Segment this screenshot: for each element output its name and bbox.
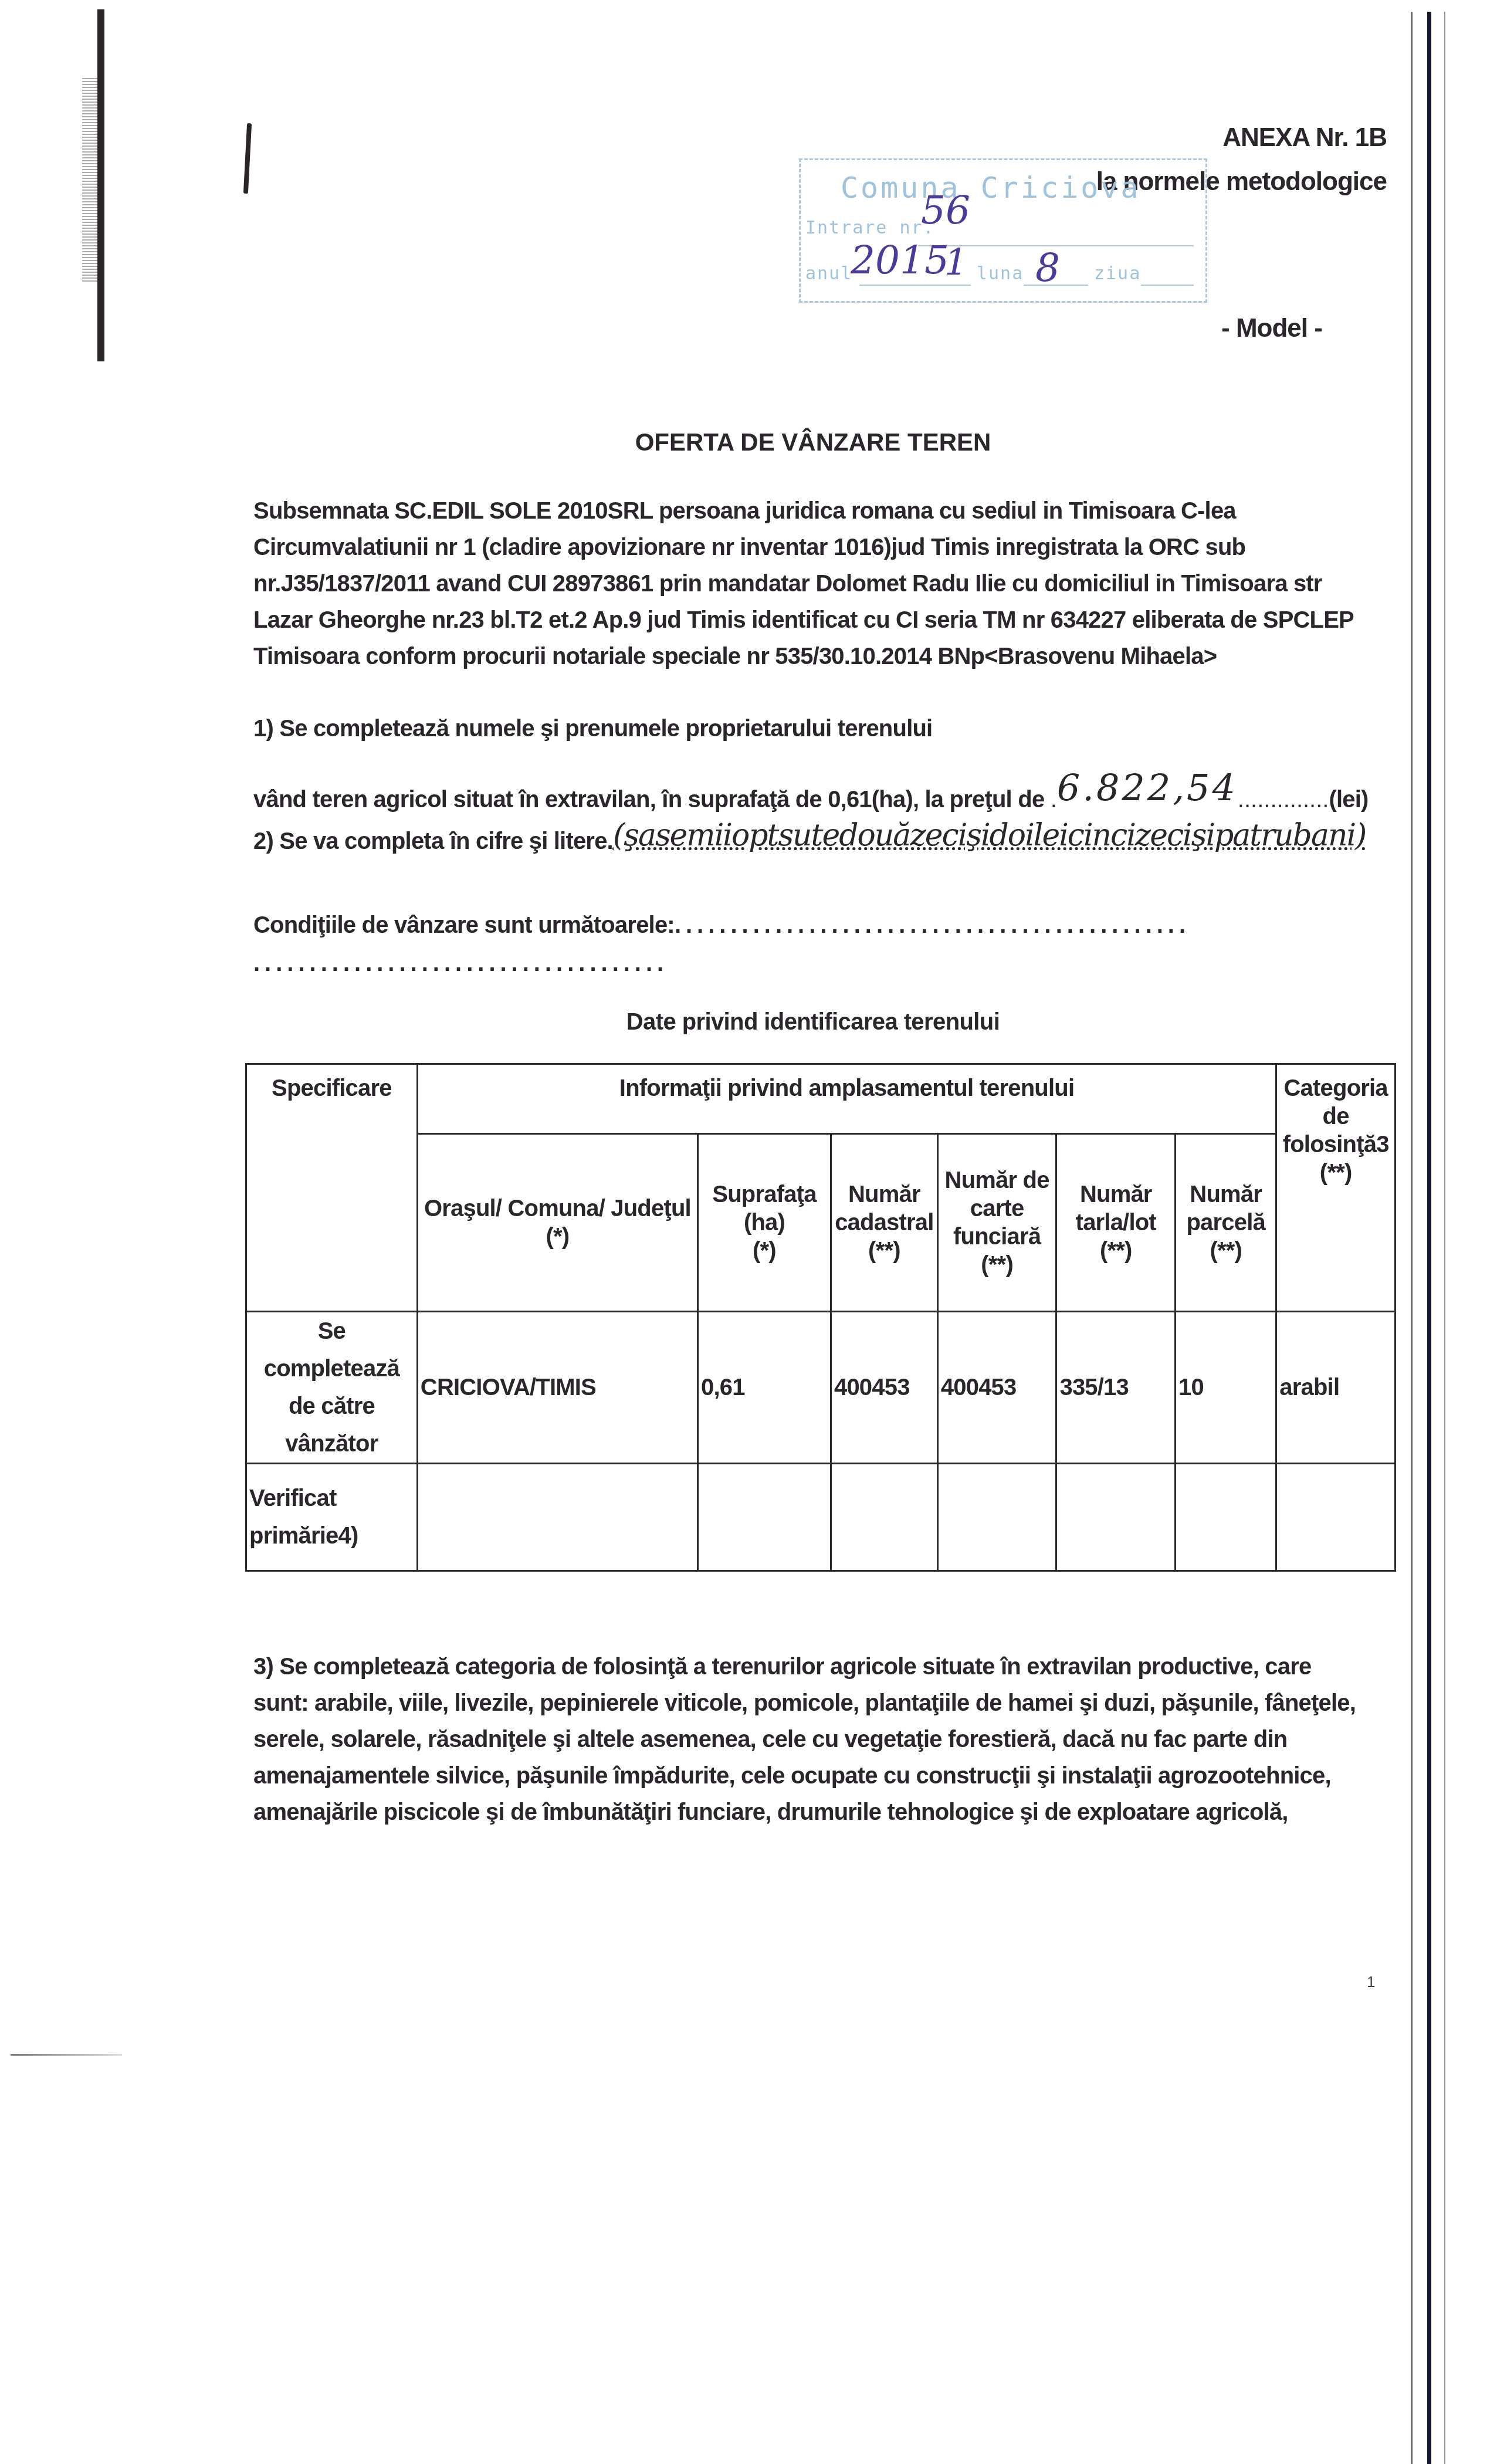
annex-number: ANEXA Nr. 1B: [1222, 123, 1387, 153]
header-label: Categoria de folosinţă3: [1279, 1074, 1392, 1159]
price-dots: ..............: [1238, 787, 1329, 813]
header-note: (**): [1279, 1159, 1392, 1187]
note-2-label: 2) Se va completa în cifre şi litere.: [253, 828, 613, 854]
cell-parcela[interactable]: 10: [1176, 1312, 1276, 1464]
declaration-line: Circumvalatiunii nr 1 (cladire apovizion…: [253, 529, 1403, 566]
header-note: (**): [1059, 1237, 1172, 1265]
cell-carte-funciara[interactable]: 400453: [937, 1312, 1056, 1464]
conditions-field-continued[interactable]: .....................................: [253, 950, 668, 977]
price-field[interactable]: 6.822,54: [1057, 766, 1238, 809]
footnote-line: amenajamentele silvice, păşunile împădur…: [253, 1758, 1403, 1794]
stamp-institution: Comuna Criciova: [841, 171, 1141, 205]
scan-edge-line: [11, 2054, 122, 2056]
conditions-field[interactable]: ........................................…: [675, 912, 1190, 938]
header-label: Număr parcelă: [1178, 1180, 1273, 1237]
footnote-line: serele, solarele, răsadniţele şi altele …: [253, 1721, 1403, 1758]
declaration-line: Lazar Gheorghe nr.23 bl.T2 et.2 Ap.9 jud…: [253, 602, 1403, 638]
table-row-verified: Verificat primărie4): [246, 1464, 1396, 1571]
cell-cadastral[interactable]: [831, 1464, 937, 1571]
conditions-label: Condiţiile de vânzare sunt următoarele:: [253, 912, 675, 938]
currency-label: (lei): [1329, 787, 1368, 813]
scan-pen-mark: [243, 123, 252, 194]
document-title: OFERTA DE VÂNZARE TEREN: [0, 428, 1497, 456]
cell-tarla[interactable]: 335/13: [1056, 1312, 1176, 1464]
header-label: Oraşul/ Comuna/ Judeţul: [421, 1194, 695, 1223]
cell-cadastral[interactable]: 400453: [831, 1312, 937, 1464]
row-label: Verificat primărie4): [246, 1464, 418, 1571]
stamp-entry-number: 56: [921, 188, 970, 233]
header-label: Număr cadastral: [834, 1180, 934, 1237]
header-tarla: Număr tarla/lot (**): [1056, 1134, 1176, 1312]
header-note: (**): [834, 1237, 934, 1265]
footnote-line: sunt: arabile, viile, livezile, pepinier…: [253, 1685, 1403, 1721]
cell-categoria[interactable]: [1276, 1464, 1396, 1571]
cell-parcela[interactable]: [1176, 1464, 1276, 1571]
stamp-day-label: ziua: [1094, 263, 1141, 284]
header-label: Număr tarla/lot: [1059, 1180, 1172, 1237]
stamp-month: 1: [944, 241, 967, 283]
land-identification-table: Specificare Informaţii privind amplasame…: [245, 1063, 1396, 1572]
cell-carte-funciara[interactable]: [937, 1464, 1056, 1571]
header-categoria: Categoria de folosinţă3 (**): [1276, 1064, 1396, 1312]
stamp-month-label: luna: [977, 263, 1024, 284]
cell-localitate[interactable]: CRICIOVA/TIMIS: [417, 1312, 697, 1464]
declaration-line: Timisoara conform procurii notariale spe…: [253, 638, 1403, 675]
declaration-paragraph: Subsemnata SC.EDIL SOLE 2010SRL persoana…: [253, 493, 1403, 675]
cell-localitate[interactable]: [417, 1464, 697, 1571]
header-label: Suprafaţa (ha): [701, 1180, 828, 1237]
cell-categoria[interactable]: arabil: [1276, 1312, 1396, 1464]
header-specificare: Specificare: [246, 1064, 418, 1312]
header-carte-funciara: Număr de carte funciară (**): [937, 1134, 1056, 1312]
price-dots-lead: .: [1051, 787, 1057, 813]
stamp-day-line: [1141, 285, 1194, 286]
stamp-year-label: anul: [805, 263, 852, 284]
offer-line: vând teren agricol situat în extravilan,…: [253, 773, 1369, 816]
amount-in-words-field[interactable]: (şasemiioptsutedouăzecişidoileicincizeci…: [613, 818, 1366, 853]
stamp-year: 2015: [851, 238, 949, 283]
cell-suprafata[interactable]: [698, 1464, 831, 1571]
model-label: - Model -: [1221, 314, 1322, 343]
stamp-entry-label: Intrare nr.: [805, 218, 935, 238]
header-localitate: Oraşul/ Comuna/ Judeţul (*): [417, 1134, 697, 1312]
conditions-line: Condiţiile de vânzare sunt următoarele:.…: [253, 912, 1190, 939]
footnote-line: 3) Se completează categoria de folosinţă…: [253, 1649, 1403, 1685]
scan-edge-bar: [97, 9, 104, 361]
cell-suprafata[interactable]: 0,61: [698, 1312, 831, 1464]
header-cadastral: Număr cadastral (**): [831, 1134, 937, 1312]
header-suprafata: Suprafaţa (ha) (*): [698, 1134, 831, 1312]
table-header-row: Oraşul/ Comuna/ Judeţul (*) Suprafaţa (h…: [246, 1134, 1396, 1312]
header-note: (*): [701, 1237, 828, 1265]
table-title: Date privind identificarea terenului: [0, 1009, 1497, 1035]
header-note: (**): [1178, 1237, 1273, 1265]
header-note: (**): [941, 1251, 1054, 1279]
stamp-day: 8: [1035, 245, 1060, 290]
declaration-line: nr.J35/1837/2011 avand CUI 28973861 prin…: [253, 566, 1403, 602]
table-header-group-row: Specificare Informaţii privind amplasame…: [246, 1064, 1396, 1134]
header-parcela: Număr parcelă (**): [1176, 1134, 1276, 1312]
offer-text: vând teren agricol situat în extravilan,…: [253, 787, 1051, 813]
header-label: Număr de carte funciară: [941, 1166, 1054, 1251]
amount-in-words-line: 2) Se va completa în cifre şi litere.(şa…: [253, 821, 1366, 857]
cell-tarla[interactable]: [1056, 1464, 1176, 1571]
scan-edge-line: [1411, 12, 1413, 2464]
stamp-year-line: [859, 285, 971, 286]
note-1: 1) Se completează numele şi prenumele pr…: [253, 716, 932, 742]
footnote-3: 3) Se completează categoria de folosinţă…: [253, 1649, 1403, 1830]
scan-edge-line: [1427, 12, 1431, 2464]
page-mark: 1: [1367, 1973, 1375, 1991]
header-group-location: Informaţii privind amplasamentul terenul…: [417, 1064, 1276, 1134]
header-note: (*): [421, 1223, 695, 1251]
table-row-seller: Se completează de către vânzător CRICIOV…: [246, 1312, 1396, 1464]
scan-edge-line: [1444, 12, 1445, 2464]
declaration-line: Subsemnata SC.EDIL SOLE 2010SRL persoana…: [253, 493, 1403, 529]
footnote-line: amenajările piscicole şi de îmbunătăţiri…: [253, 1794, 1403, 1830]
row-label: Se completează de către vânzător: [246, 1312, 418, 1464]
